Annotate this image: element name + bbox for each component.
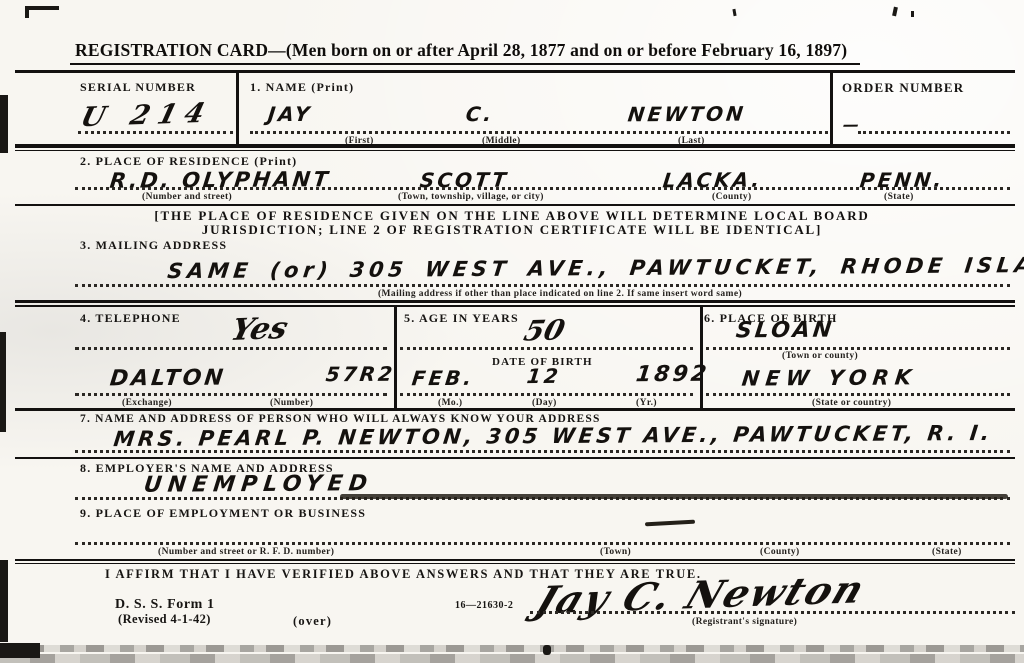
row456-bottom-border	[15, 408, 1015, 411]
scan-mark-top-left-2	[25, 6, 29, 18]
employment-street-caption: (Number and street or R. F. D. number)	[158, 547, 334, 557]
form-number: D. S. S. Form 1	[115, 597, 215, 613]
scan-mark-top-left	[25, 6, 59, 10]
residence-dotted-line	[75, 187, 1010, 190]
employment-label: 9. PLACE OF EMPLOYMENT OR BUSINESS	[80, 506, 366, 521]
name-last-value: NEWTON	[627, 102, 748, 127]
employer-value: UNEMPLOYED	[142, 471, 374, 498]
contact-dotted-line	[75, 450, 1010, 453]
birth-town-caption: (Town or county)	[782, 351, 858, 361]
jurisdiction-note-line2: JURISDICTION; LINE 2 OF REGISTRATION CER…	[0, 222, 1024, 238]
divider-age-birth	[700, 307, 703, 408]
exchange-value: DALTON	[109, 366, 228, 392]
serial-dotted-line	[78, 131, 233, 134]
employment-town-caption: (Town)	[600, 547, 631, 557]
dob-day-caption: (Day)	[532, 398, 557, 408]
dob-day-value: 12	[526, 364, 563, 388]
number-caption: (Number)	[270, 398, 313, 408]
birth-town-value: SLOAN	[735, 318, 836, 344]
mailing-value: SAME (or) 305 WEST AVE., PAWTUCKET, RHOD…	[166, 253, 1024, 283]
card-top-border	[15, 70, 1015, 73]
contact-label: 7. NAME AND ADDRESS OF PERSON WHO WILL A…	[80, 413, 601, 425]
row9-bottom-border-2	[15, 563, 1015, 564]
left-edge-streak-3	[0, 560, 8, 642]
row3-bottom-border	[15, 300, 1015, 303]
row9-bottom-border	[15, 559, 1015, 561]
residence-county-caption: (County)	[712, 192, 752, 202]
dob-month-value: FEB.	[411, 366, 476, 390]
birth-state-dotted-line	[706, 393, 1010, 396]
form-revision: (Revised 4-1-42)	[118, 612, 211, 627]
serial-number-value: U 214	[77, 98, 215, 133]
card-title: REGISTRATION CARD—(Men born on or after …	[75, 40, 847, 61]
mailing-label: 3. MAILING ADDRESS	[80, 238, 227, 253]
age-label: 5. AGE IN YEARS	[404, 311, 519, 326]
name-dotted-line	[250, 131, 828, 134]
scan-blob-bottom-mid	[543, 645, 551, 655]
residence-street-caption: (Number and street)	[142, 192, 232, 202]
print-code: 16—21630-2	[455, 600, 513, 611]
scan-band-bottom	[0, 654, 1024, 663]
scan-speck-2	[911, 11, 914, 17]
birth-state-value: NEW YORK	[741, 365, 919, 390]
scan-blob-bottom-left	[0, 643, 40, 658]
age-dotted-line	[400, 347, 693, 350]
row1-bottom-border	[15, 144, 1015, 148]
divider-serial-name	[236, 72, 239, 144]
row1-bottom-border-thin	[15, 150, 1015, 151]
order-dotted-line	[858, 131, 1010, 134]
employment-dotted-line	[75, 542, 1010, 545]
birth-town-dotted-line	[706, 347, 1010, 350]
registration-card: REGISTRATION CARD—(Men born on or after …	[0, 0, 1024, 663]
row3-bottom-border-2	[15, 305, 1015, 307]
telephone-value: Yes	[227, 311, 291, 348]
name-middle-value: C.	[465, 102, 496, 126]
employment-state-caption: (State)	[932, 547, 962, 557]
dob-month-caption: (Mo.)	[438, 398, 462, 408]
order-number-label: ORDER NUMBER	[842, 80, 964, 96]
left-edge-streak-2	[0, 332, 6, 432]
scan-speck-3	[732, 9, 736, 16]
number-value: 57R2	[325, 362, 397, 386]
over-note: (over)	[293, 614, 332, 629]
birth-state-caption: (State or country)	[812, 398, 891, 408]
exchange-caption: (Exchange)	[122, 398, 172, 408]
mailing-caption: (Mailing address if other than place ind…	[280, 289, 840, 299]
signature-dotted-line	[530, 611, 1015, 614]
employment-dash-value	[645, 520, 695, 527]
divider-name-order	[830, 72, 833, 144]
telephone-dotted-line	[75, 347, 387, 350]
mailing-dotted-line	[75, 284, 1010, 287]
exchange-dotted-line	[75, 393, 387, 396]
signature-caption: (Registrant's signature)	[692, 617, 797, 627]
dob-dotted-line	[400, 393, 693, 396]
dob-year-caption: (Yr.)	[636, 398, 657, 408]
telephone-label: 4. TELEPHONE	[80, 311, 181, 326]
title-underline	[70, 63, 860, 65]
employment-county-caption: (County)	[760, 547, 800, 557]
divider-telephone-age	[394, 307, 397, 408]
residence-town-caption: (Town, township, village, or city)	[398, 192, 544, 202]
scan-speck-1	[892, 7, 898, 17]
serial-number-label: SERIAL NUMBER	[80, 80, 196, 95]
row7-bottom-border	[15, 457, 1015, 459]
name-label: 1. NAME (Print)	[250, 80, 354, 95]
left-edge-streak-1	[0, 95, 8, 153]
age-value: 50	[521, 313, 569, 347]
scan-band-top	[0, 645, 1024, 652]
residence-state-caption: (State)	[884, 192, 914, 202]
name-first-value: JAY	[267, 102, 314, 126]
row2-bottom-border	[15, 204, 1015, 206]
contact-value: MRS. PEARL P. NEWTON, 305 WEST AVE., PAW…	[112, 421, 994, 451]
employer-line-smear	[340, 494, 1008, 499]
